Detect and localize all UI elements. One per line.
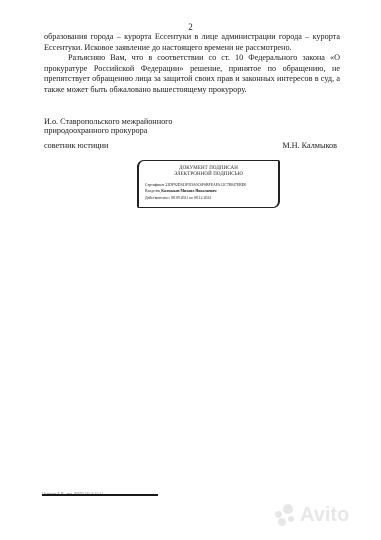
- validity-label: Действителен: [145, 196, 167, 200]
- validity-to: 08.12.2022: [194, 196, 211, 200]
- owner-value: Калмыков Михаил Николаевич: [161, 189, 216, 193]
- validity-from: 08.09.2021: [171, 196, 188, 200]
- signatory-title-line-1: И.о. Ставропольского межрайонного: [44, 117, 172, 126]
- paragraph-appeal-rights: Разъясняю Вам, что в соответствии со ст.…: [44, 53, 340, 95]
- page-number: 2: [0, 22, 381, 32]
- certificate-value: 22DF92D341F5DA0C6F6BFEAFA12C7B047EBD0: [165, 183, 246, 187]
- signatory-name: М.Н. Калмыков: [282, 141, 337, 150]
- validity-from-label: с: [168, 196, 170, 200]
- letter-body: образования города – курорта Ессентуки в…: [44, 32, 340, 96]
- stamp-header: ДОКУМЕНТ ПОДПИСАН ЭЛЕКТРОННОЙ ПОДПИСЬЮ: [139, 166, 278, 178]
- owner-label: Владелец: [145, 189, 160, 193]
- avito-watermark: Avito: [274, 503, 349, 527]
- paragraph-lawsuit-status: образования города – курорта Ессентуки в…: [44, 32, 340, 53]
- redacted-contact-line: Осипова Е.В., тел. 8(879 34) 4-11-11: [42, 491, 158, 497]
- signatory-title-line-2: природоохранного прокурора: [44, 126, 172, 135]
- electronic-signature-stamp: ДОКУМЕНТ ПОДПИСАН ЭЛЕКТРОННОЙ ПОДПИСЬЮ С…: [137, 160, 280, 208]
- certificate-label: Сертификат: [145, 183, 164, 187]
- avito-logo-icon: [274, 503, 298, 527]
- signatory-rank: советник юстиции: [44, 141, 108, 150]
- stamp-header-line-2: ЭЛЕКТРОННОЙ ПОДПИСЬЮ: [139, 172, 278, 178]
- validity-to-label: по: [189, 196, 193, 200]
- stamp-validity: Действителен с 08.09.2021 по 08.12.2022: [145, 195, 278, 201]
- signatory-title: И.о. Ставропольского межрайонного природ…: [44, 117, 172, 135]
- avito-wordmark: Avito: [300, 504, 349, 527]
